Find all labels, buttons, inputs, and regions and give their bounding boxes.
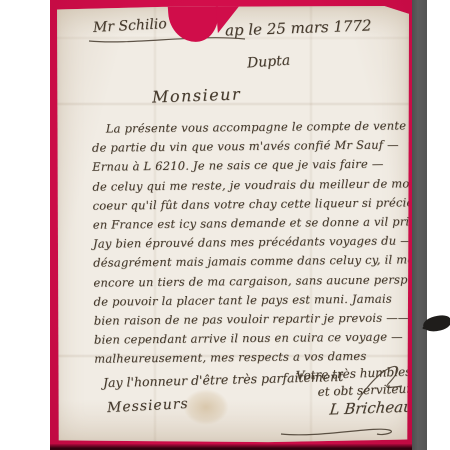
photo-bottom-edge [50,444,412,450]
signature: L Bricheau [328,399,413,419]
valediction-block: Votre très humbles et obt serviteur L Br… [271,364,413,422]
duplicate-note: Dupta [246,53,290,72]
paper-sheet: Mr Schilio ap le 25 mars 1772 Dupta Mons… [57,6,409,443]
body-line: bien cependant arrive il nous en cuira c… [94,328,416,351]
signature-underline-flourish [279,424,404,438]
salutation: Monsieur [152,84,242,106]
listing-photo-canvas: Mr Schilio ap le 25 mars 1772 Dupta Mons… [0,0,450,450]
bottom-salutation: Messieurs [107,396,189,416]
left-white-margin [0,0,50,450]
gray-side-strip [412,0,427,450]
header-underline-flourish [87,32,247,44]
letter-photo: Mr Schilio ap le 25 mars 1772 Dupta Mons… [50,0,412,450]
letter-body: La présente vous accompagne le compte de… [92,116,417,369]
right-white-margin [427,0,450,450]
